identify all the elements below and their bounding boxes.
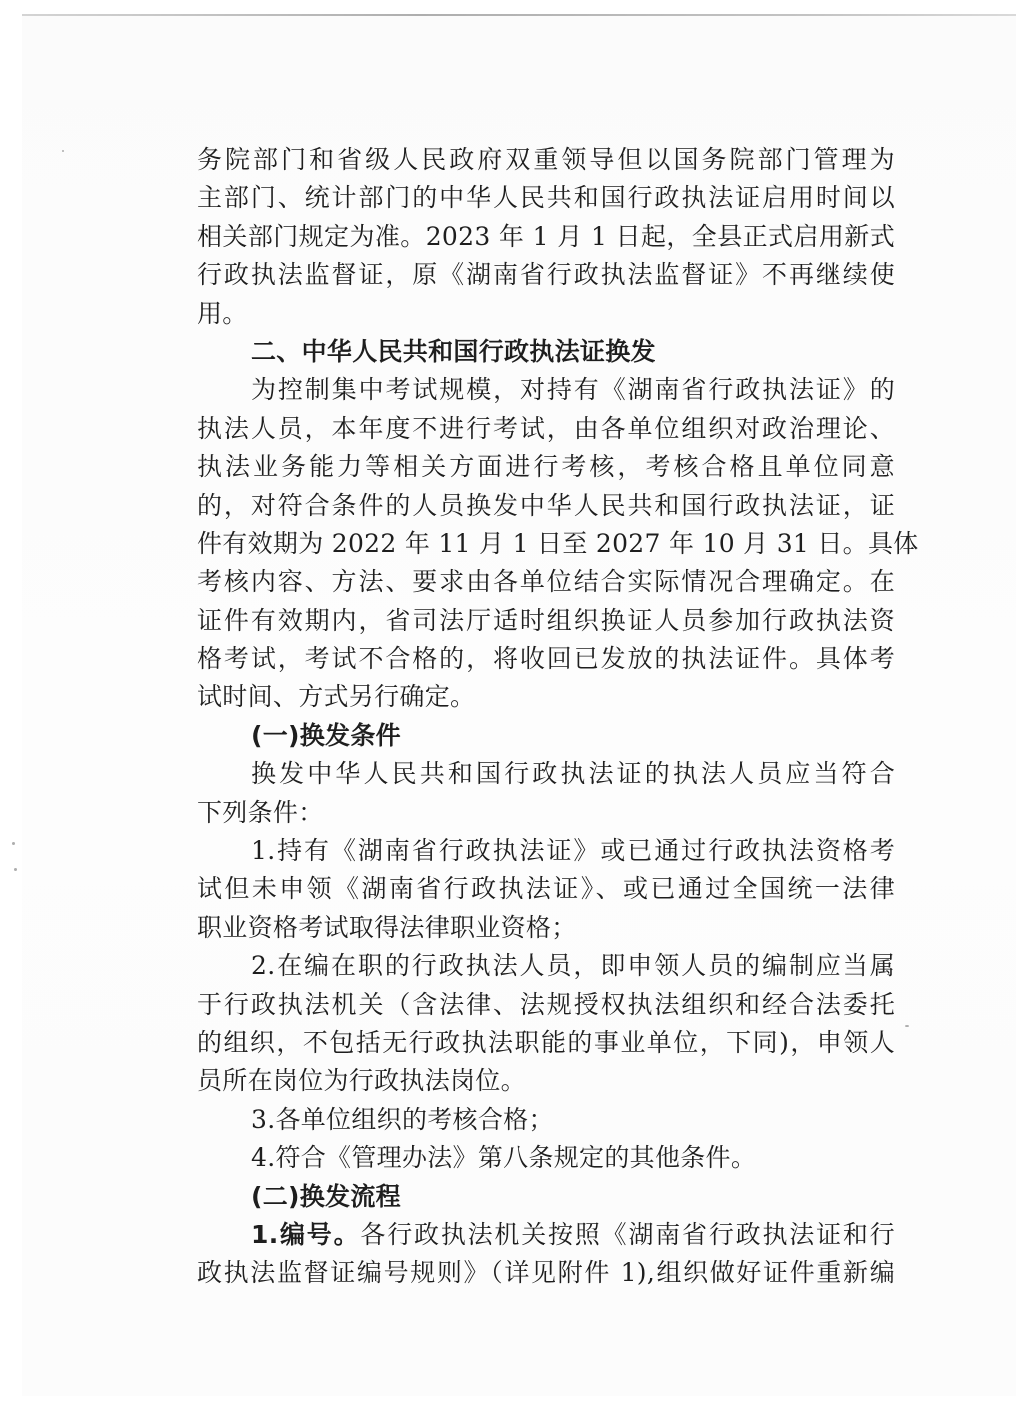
- text-line: 行政执法监督证，原《湖南省行政执法监督证》不再继续使: [197, 256, 895, 294]
- text-line: 试时间、方式另行确定。: [197, 678, 895, 716]
- condition-item-4: 4.符合《管理办法》第八条规定的其他条件。: [197, 1139, 895, 1177]
- process-step-1: 1.编号。各行政执法机关按照《湖南省行政执法证和行 政执法监督证编号规则》（详见…: [197, 1216, 895, 1293]
- paragraph-continuation: 务院部门和省级人民政府双重领导但以国务院部门管理为 主部门、统计部门的中华人民共…: [197, 141, 895, 333]
- text-line: 4.符合《管理办法》第八条规定的其他条件。: [197, 1139, 895, 1177]
- text-line: 证件有效期内，省司法厅适时组织换证人员参加行政执法资: [197, 602, 895, 640]
- text-line: 用。: [197, 295, 895, 333]
- text-line: 务院部门和省级人民政府双重领导但以国务院部门管理为: [197, 141, 895, 179]
- paragraph-conditions-intro: 换发中华人民共和国行政执法证的执法人员应当符合 下列条件：: [197, 755, 895, 832]
- text-line: 员所在岗位为行政执法岗位。: [197, 1062, 895, 1100]
- condition-item-2: 2.在编在职的行政执法人员，即申领人员的编制应当属 于行政执法机关（含法律、法规…: [197, 947, 895, 1101]
- text-line: 主部门、统计部门的中华人民共和国行政执法证启用时间以: [197, 179, 895, 217]
- text-line: 职业资格考试取得法律职业资格；: [197, 909, 895, 947]
- section-heading: 二、中华人民共和国行政执法证换发: [197, 333, 895, 371]
- text-line: 2.在编在职的行政执法人员，即申领人员的编制应当属: [197, 947, 895, 985]
- text-line: 试但未申领《湖南省行政执法证》、或已通过全国统一法律: [197, 870, 895, 908]
- text-line: 3.各单位组织的考核合格；: [197, 1101, 895, 1139]
- document-page-body: 务院部门和省级人民政府双重领导但以国务院部门管理为 主部门、统计部门的中华人民共…: [197, 141, 895, 1293]
- subsection-heading-process: (二)换发流程: [197, 1178, 895, 1216]
- scan-speck: [905, 1025, 909, 1027]
- text-line: 1.持有《湖南省行政执法证》或已通过行政执法资格考: [197, 832, 895, 870]
- text-line: 1.编号。各行政执法机关按照《湖南省行政执法证和行: [197, 1216, 895, 1254]
- text-line: 的组织，不包括无行政执法职能的事业单位，下同)，申领人: [197, 1024, 895, 1062]
- text-line: 执法业务能力等相关方面进行考核，考核合格且单位同意: [197, 448, 895, 486]
- scan-speck: [14, 868, 17, 871]
- condition-item-3: 3.各单位组织的考核合格；: [197, 1101, 895, 1139]
- text-line: 相关部门规定为准。2023 年 1 月 1 日起，全县正式启用新式: [197, 218, 895, 256]
- step-label: 1.编号。: [251, 1220, 360, 1249]
- scan-speck: [12, 842, 15, 845]
- scan-speck: [62, 150, 64, 152]
- text-line: 执法人员，本年度不进行考试，由各单位组织对政治理论、: [197, 410, 895, 448]
- text-line: 下列条件：: [197, 794, 895, 832]
- text-line: 格考试，考试不合格的，将收回已发放的执法证件。具体考: [197, 640, 895, 678]
- step-text: 各行政执法机关按照《湖南省行政执法证和行: [360, 1220, 895, 1249]
- text-line: 政执法监督证编号规则》（详见附件 1),组织做好证件重新编: [197, 1254, 895, 1292]
- scan-top-edge: [22, 14, 1016, 16]
- text-line: 为控制集中考试规模，对持有《湖南省行政执法证》的: [197, 371, 895, 409]
- condition-item-1: 1.持有《湖南省行政执法证》或已通过行政执法资格考 试但未申领《湖南省行政执法证…: [197, 832, 895, 947]
- text-line: 换发中华人民共和国行政执法证的执法人员应当符合: [197, 755, 895, 793]
- text-line: 考核内容、方法、要求由各单位结合实际情况合理确定。在: [197, 563, 895, 601]
- text-line: 的，对符合条件的人员换发中华人民共和国行政执法证，证: [197, 487, 895, 525]
- text-line: 于行政执法机关（含法律、法规授权执法组织和经合法委托: [197, 986, 895, 1024]
- text-line: 件有效期为 2022 年 11 月 1 日至 2027 年 10 月 31 日。…: [197, 525, 895, 563]
- paragraph-renewal-policy: 为控制集中考试规模，对持有《湖南省行政执法证》的 执法人员，本年度不进行考试，由…: [197, 371, 895, 717]
- subsection-heading-conditions: (一)换发条件: [197, 717, 895, 755]
